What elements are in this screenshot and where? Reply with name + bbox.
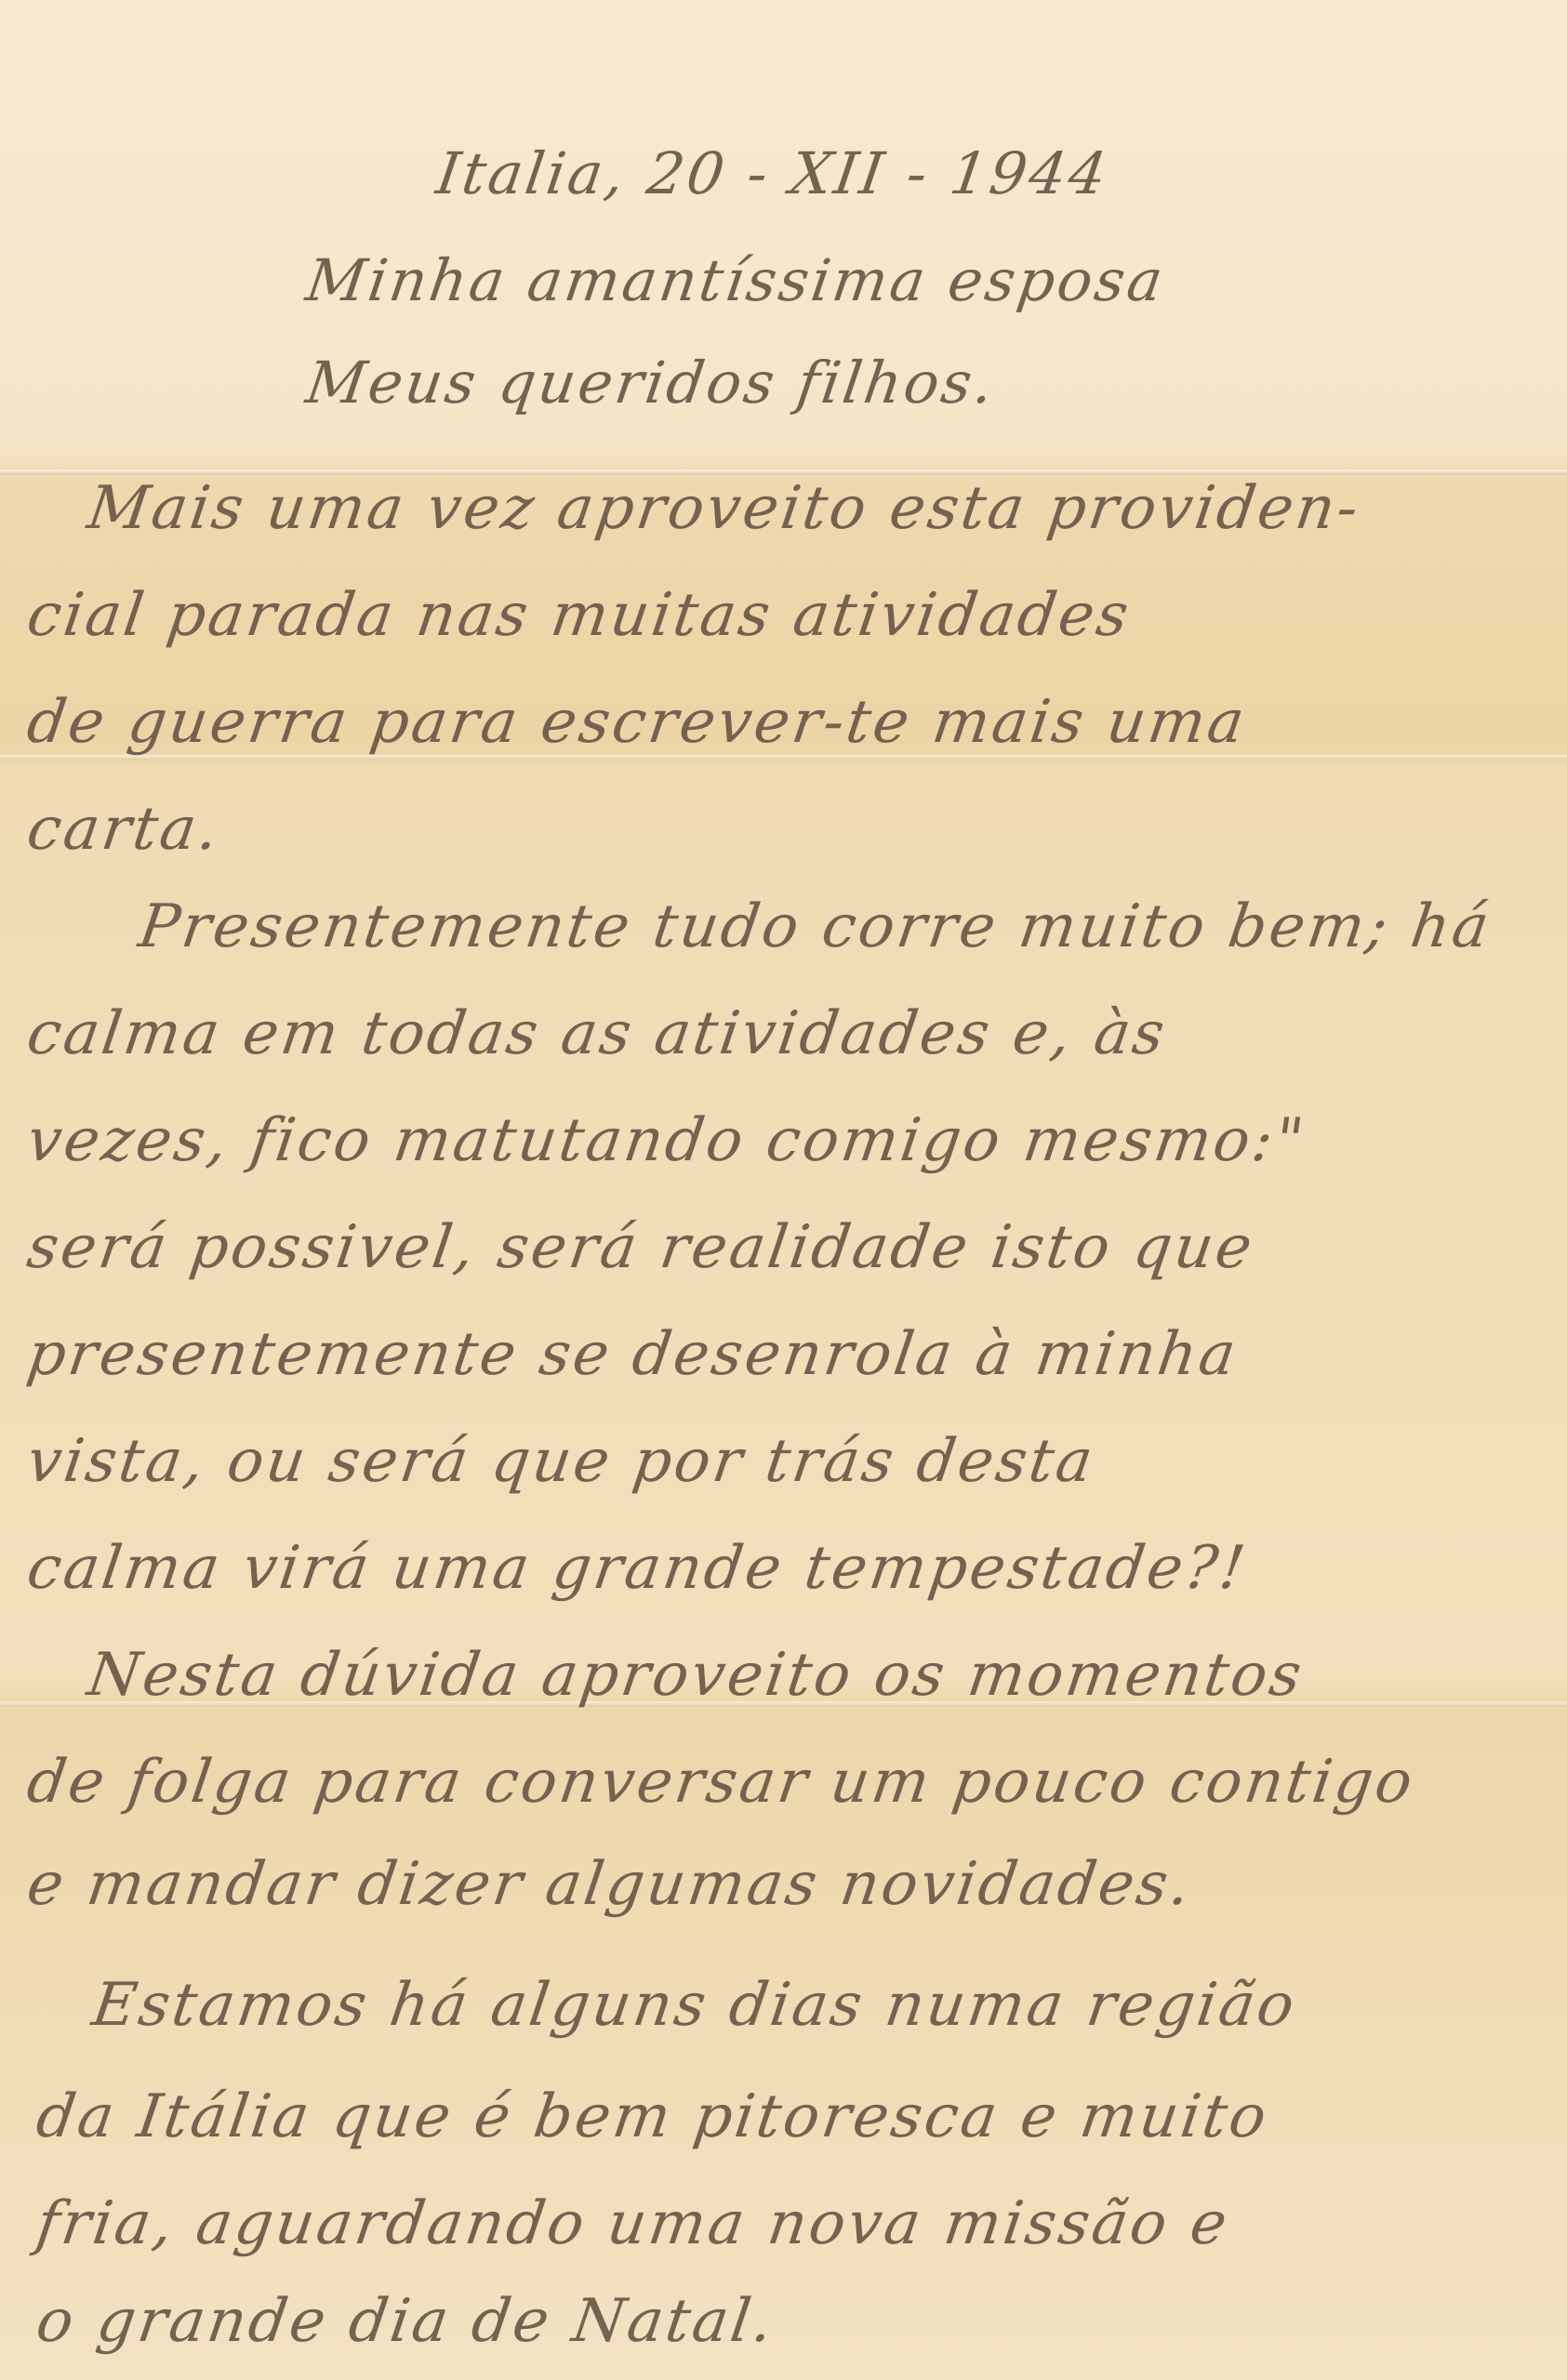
body-line: de guerra para escrever-te mais uma xyxy=(23,688,1251,757)
body-line: será possivel, será realidade isto que xyxy=(23,1213,1259,1282)
body-line: Presentemente tudo corre muito bem; há xyxy=(135,892,1496,961)
body-line: carta. xyxy=(23,795,225,864)
letter-page: Italia, 20 - XII - 1944 Minha amantíssim… xyxy=(0,0,1567,2380)
body-line: Nesta dúvida aproveito os momentos xyxy=(84,1641,1308,1710)
body-line: o grande dia de Natal. xyxy=(33,2287,779,2356)
salutation-wife: Minha amantíssima esposa xyxy=(302,246,1170,314)
body-line: cial parada nas muitas atividades xyxy=(23,581,1135,650)
body-line: vezes, fico matutando comigo mesmo:" xyxy=(23,1106,1310,1175)
salutation-children: Meus queridos filhos. xyxy=(302,349,1001,416)
body-line: Mais uma vez aproveito esta providen- xyxy=(84,474,1365,543)
body-line: da Itália que é bem pitoresca e muito xyxy=(33,2082,1273,2151)
place-date: Italia, 20 - XII - 1944 xyxy=(432,139,1113,207)
body-line: calma virá uma grande tempestade?! xyxy=(23,1534,1252,1603)
body-line: fria, aguardando uma nova missão e xyxy=(33,2189,1234,2258)
body-line: de folga para conversar um pouco contigo xyxy=(23,1748,1419,1817)
body-line: presentemente se desenrola à minha xyxy=(23,1320,1242,1389)
body-line: e mandar dizer algumas novidades. xyxy=(23,1850,1197,1919)
body-line: Estamos há alguns dias numa região xyxy=(88,1971,1301,2040)
body-line: calma em todas as atividades e, às xyxy=(23,999,1172,1068)
body-line: vista, ou será que por trás desta xyxy=(23,1427,1099,1496)
